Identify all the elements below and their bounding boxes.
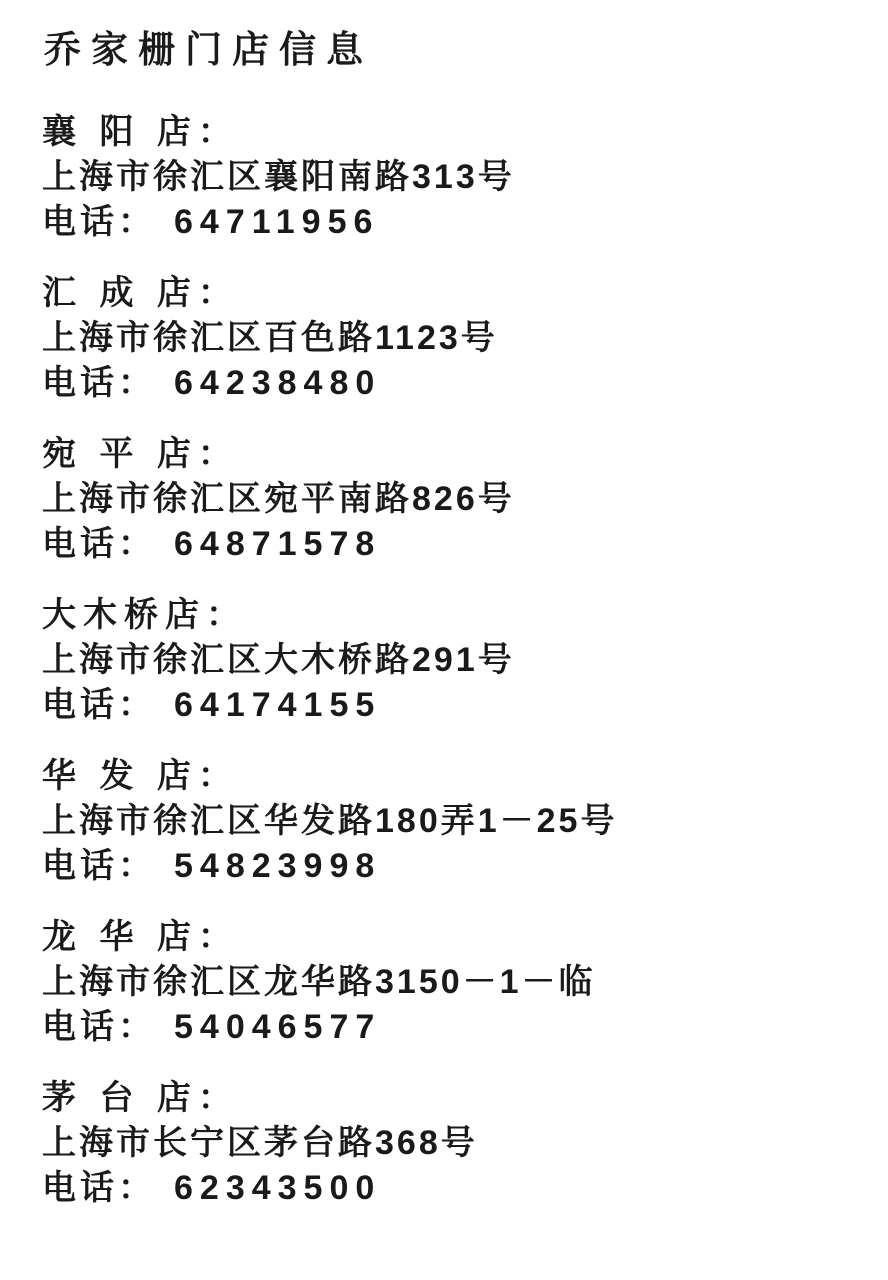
store-phone-number: 64871578: [174, 525, 381, 563]
page-title: 乔家栅门店信息: [44, 26, 854, 74]
store-entry: 宛 平 店： 上海市徐汇区宛平南路826号 电话：64871578: [42, 432, 854, 567]
store-list: 襄 阳 店： 上海市徐汇区襄阳南路313号 电话：64711956 汇 成 店：…: [42, 110, 854, 1211]
store-entry: 汇 成 店： 上海市徐汇区百色路1123号 电话：64238480: [42, 271, 854, 406]
document-page: 乔家栅门店信息 襄 阳 店： 上海市徐汇区襄阳南路313号 电话：6471195…: [0, 0, 888, 1280]
store-phone: 电话：64238480: [42, 361, 854, 406]
store-phone-label: 电话：: [42, 203, 156, 241]
store-entry: 襄 阳 店： 上海市徐汇区襄阳南路313号 电话：64711956: [42, 110, 854, 245]
store-phone-number: 64174155: [174, 686, 381, 724]
store-name: 襄 阳 店：: [42, 110, 854, 155]
store-phone-number: 64711956: [174, 203, 379, 241]
store-name: 大木桥店：: [42, 593, 854, 638]
store-address: 上海市徐汇区宛平南路826号: [42, 477, 854, 522]
store-name: 汇 成 店：: [42, 271, 854, 316]
store-phone: 电话：64174155: [42, 683, 854, 728]
store-name: 华 发 店：: [42, 754, 854, 799]
store-phone-label: 电话：: [42, 1008, 156, 1046]
store-name: 宛 平 店：: [42, 432, 854, 477]
store-entry: 龙 华 店： 上海市徐汇区龙华路3150－1－临 电话：54046577: [42, 915, 854, 1050]
store-address: 上海市徐汇区龙华路3150－1－临: [42, 960, 854, 1005]
store-phone-number: 54046577: [174, 1008, 381, 1046]
store-phone-number: 64238480: [174, 364, 381, 402]
store-phone-number: 62343500: [174, 1169, 381, 1207]
store-phone: 电话：64711956: [42, 200, 854, 245]
store-phone-label: 电话：: [42, 847, 156, 885]
store-address: 上海市徐汇区华发路180弄1－25号: [42, 799, 854, 844]
store-phone-label: 电话：: [42, 1169, 156, 1207]
store-phone: 电话：62343500: [42, 1166, 854, 1211]
store-entry: 大木桥店： 上海市徐汇区大木桥路291号 电话：64174155: [42, 593, 854, 728]
store-entry: 华 发 店： 上海市徐汇区华发路180弄1－25号 电话：54823998: [42, 754, 854, 889]
store-phone: 电话：54046577: [42, 1005, 854, 1050]
store-name: 龙 华 店：: [42, 915, 854, 960]
store-address: 上海市徐汇区大木桥路291号: [42, 638, 854, 683]
store-phone: 电话：64871578: [42, 522, 854, 567]
store-address: 上海市徐汇区百色路1123号: [42, 316, 854, 361]
store-address: 上海市徐汇区襄阳南路313号: [42, 155, 854, 200]
store-phone-label: 电话：: [42, 525, 156, 563]
store-phone-label: 电话：: [42, 686, 156, 724]
store-phone: 电话：54823998: [42, 844, 854, 889]
store-address: 上海市长宁区茅台路368号: [42, 1121, 854, 1166]
store-phone-label: 电话：: [42, 364, 156, 402]
store-name: 茅 台 店：: [42, 1076, 854, 1121]
store-entry: 茅 台 店： 上海市长宁区茅台路368号 电话：62343500: [42, 1076, 854, 1211]
store-phone-number: 54823998: [174, 847, 381, 885]
